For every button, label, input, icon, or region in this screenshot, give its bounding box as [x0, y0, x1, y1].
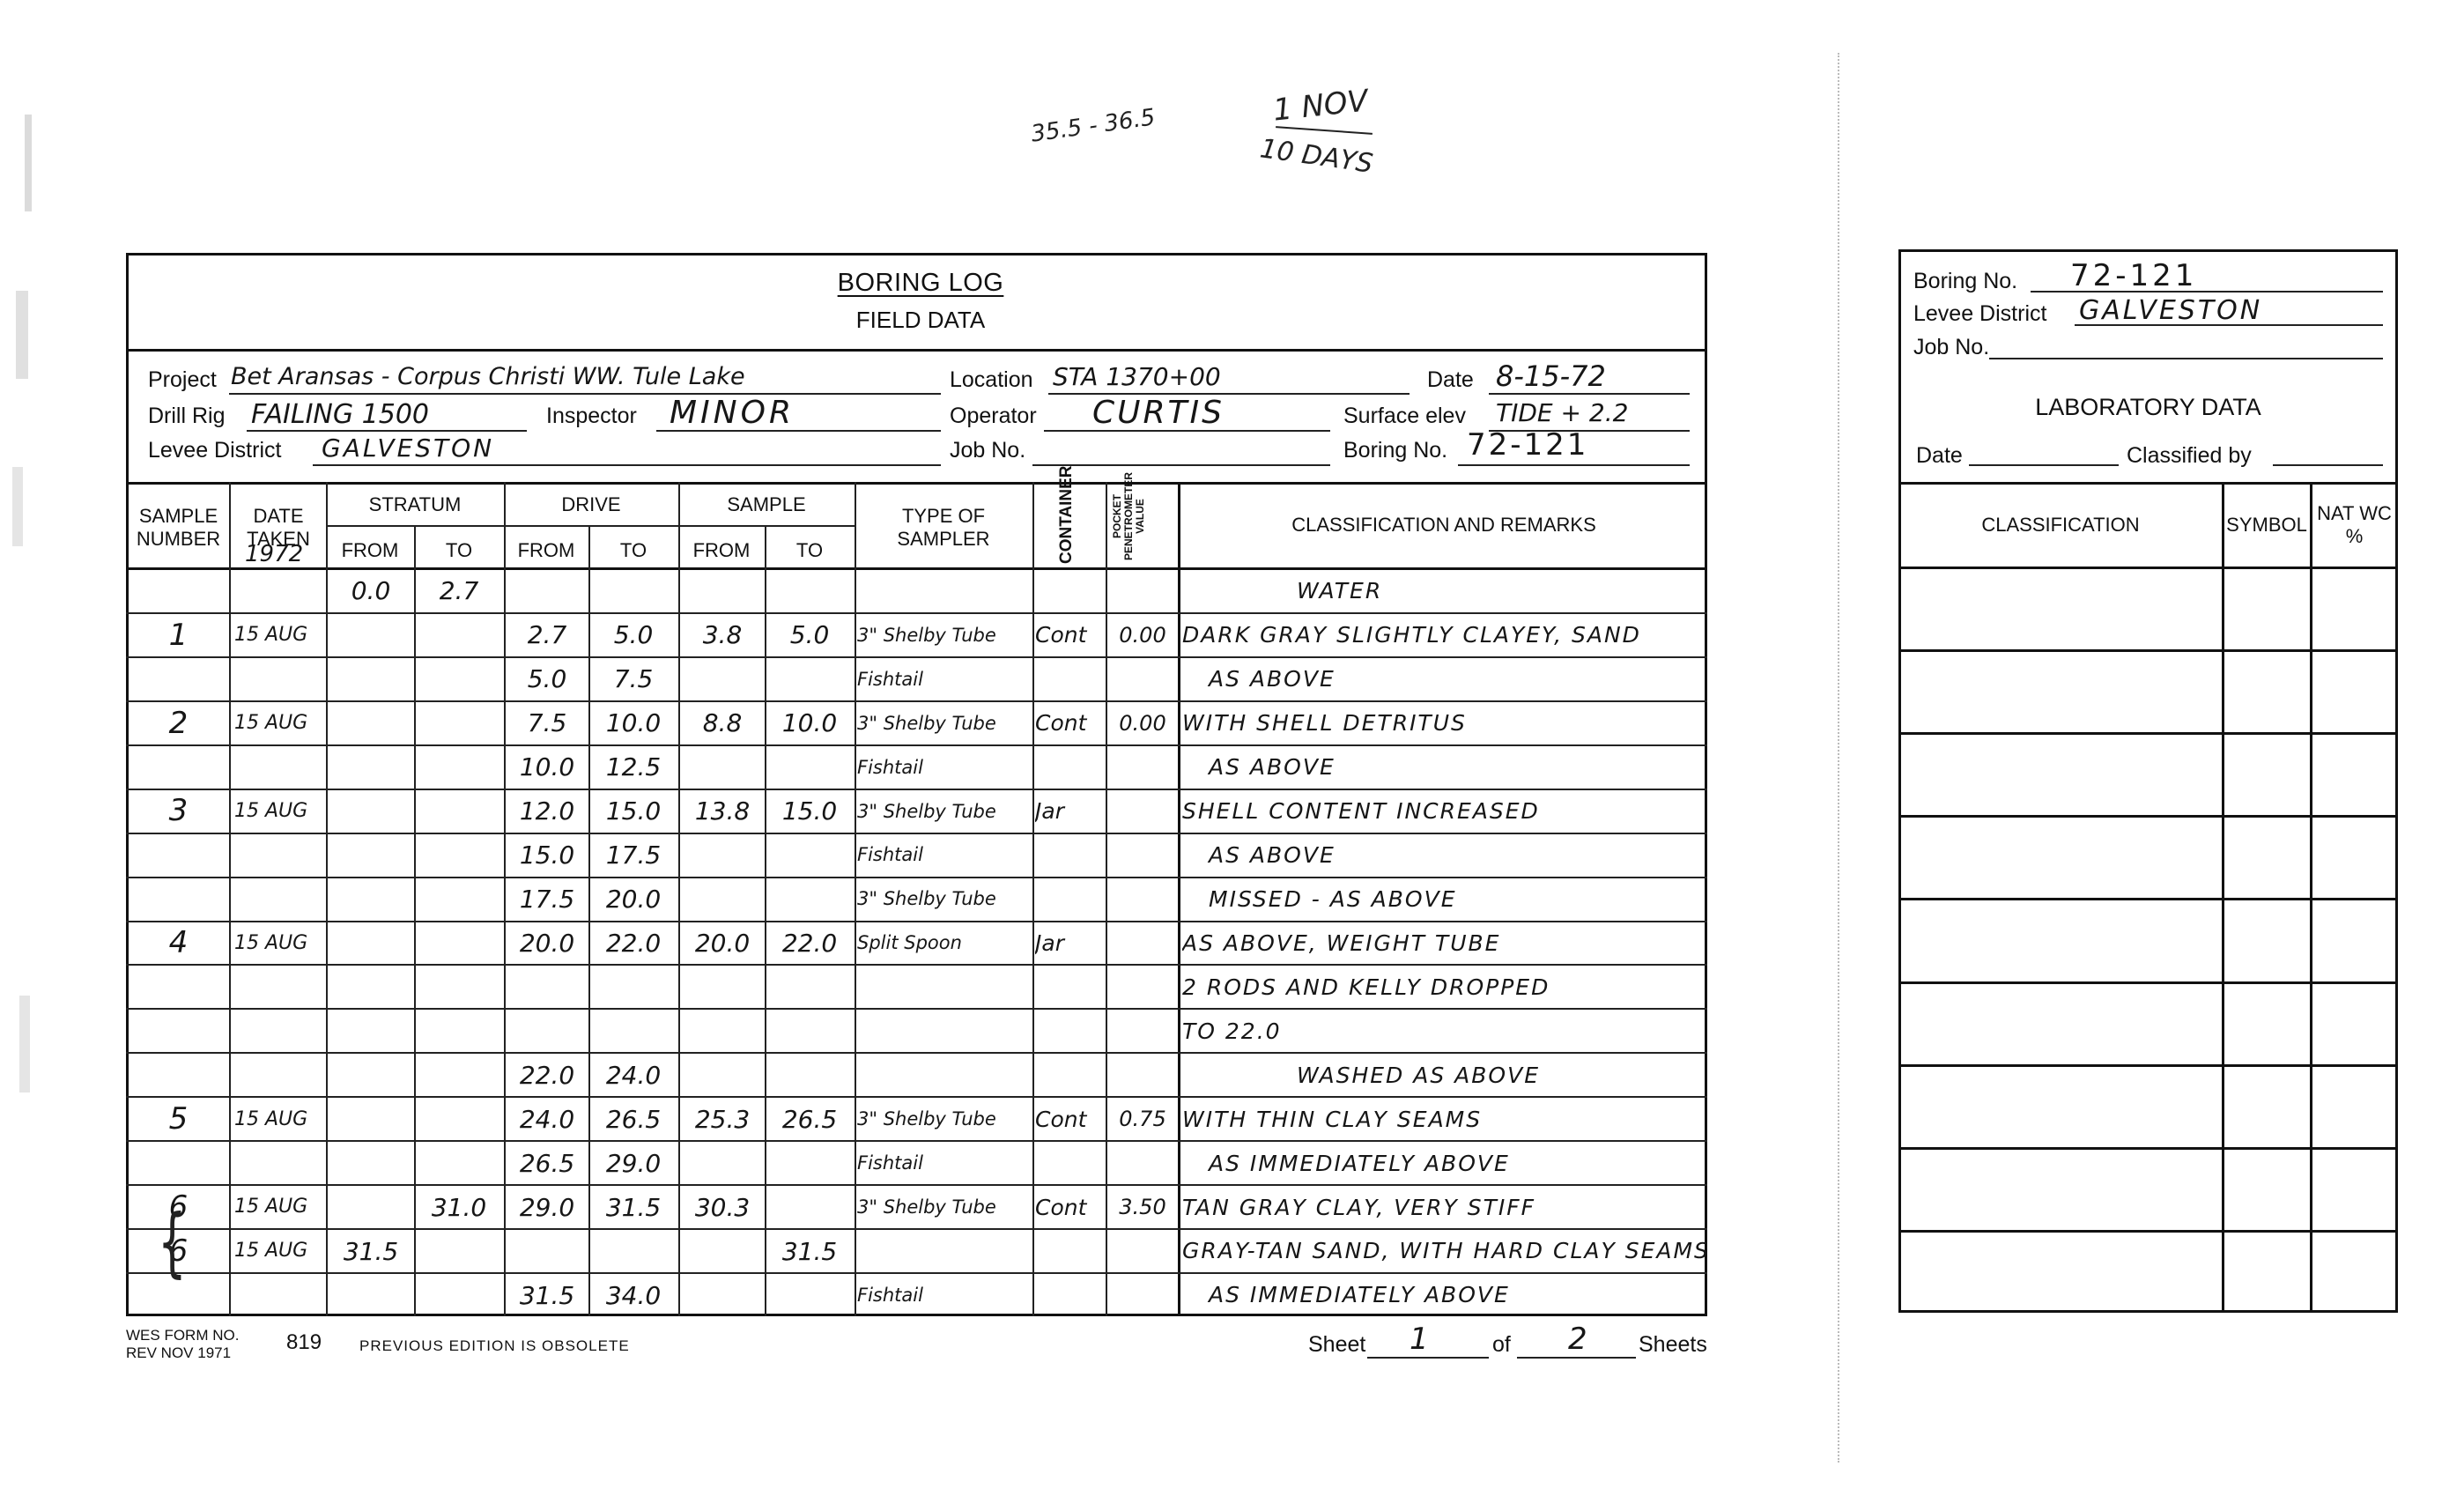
col-line [1032, 482, 1034, 1316]
cell-sample[interactable]: 1 [128, 618, 229, 653]
lab-row-line [1898, 898, 2398, 900]
col-line [229, 482, 231, 1316]
cell-container[interactable]: Cont [1035, 1107, 1106, 1132]
cell-drv-from[interactable]: 24.0 [506, 1105, 588, 1134]
of-value[interactable]: 2 [1568, 1322, 1587, 1357]
cell-sampler[interactable]: Fishtail [857, 1152, 1032, 1174]
lab-date-label: Date [1916, 443, 1963, 469]
scan-artifact [25, 115, 32, 211]
lab-levee-district-value[interactable]: GALVESTON [2079, 295, 2262, 326]
header-sample: SAMPLE [678, 493, 855, 516]
cell-container[interactable]: Cont [1035, 710, 1106, 736]
cell-remarks[interactable]: MISSED - AS ABOVE [1182, 886, 1732, 912]
cell-pocket[interactable]: 0.75 [1107, 1107, 1178, 1131]
cell-date[interactable]: 15 AUG [234, 624, 326, 646]
row-line [126, 1140, 1707, 1142]
form-title: BORING LOG [832, 269, 1009, 298]
lab-header-bottom [1898, 567, 2398, 569]
header-stratum-from: FROM [326, 539, 414, 562]
cell-container[interactable]: Cont [1035, 1195, 1106, 1220]
page-fold-edge [1838, 53, 1839, 1463]
lab-row-line [1898, 815, 2398, 818]
cell-drv-to[interactable]: 17.5 [590, 841, 677, 870]
header-drive: DRIVE [504, 493, 678, 516]
row-line [126, 789, 1707, 790]
cell-sampler[interactable]: Fishtail [857, 844, 1032, 865]
header-bottom-rule [126, 567, 1707, 570]
cell-drv-to[interactable]: 15.0 [590, 796, 677, 826]
row-line [126, 612, 1707, 614]
cell-str-to[interactable]: 31.0 [416, 1193, 502, 1222]
cell-smp-from[interactable]: 13.8 [680, 796, 765, 826]
of-underline [1517, 1357, 1636, 1359]
cell-remarks[interactable]: 2 RODS AND KELLY DROPPED [1182, 974, 1706, 1000]
cell-remarks[interactable]: DARK GRAY SLIGHTLY CLAYEY, SAND [1182, 622, 1706, 648]
boring-no-value[interactable]: 72-121 [1467, 427, 1588, 463]
cell-smp-from[interactable]: 25.3 [680, 1105, 765, 1134]
lab-boring-no-underline [2031, 291, 2383, 293]
operator-underline [1044, 430, 1330, 432]
row-line [126, 744, 1707, 746]
location-value[interactable]: STA 1370+00 [1053, 362, 1221, 391]
cell-drv-to[interactable]: 7.5 [590, 664, 677, 693]
cell-container[interactable]: Cont [1035, 622, 1106, 648]
cell-smp-to[interactable]: 22.0 [766, 929, 853, 958]
lab-levee-district-underline [2075, 324, 2383, 326]
cell-remarks[interactable]: AS ABOVE, WEIGHT TUBE [1182, 930, 1706, 956]
header-pocket-penetrometer: POCKET PENETROMETER VALUE [1112, 472, 1146, 560]
cell-sampler[interactable]: Split Spoon [857, 932, 1032, 953]
cell-date[interactable]: 15 AUG [234, 932, 326, 954]
surface-elev-value[interactable]: TIDE + 2.2 [1496, 398, 1628, 427]
form-number: 819 [286, 1330, 322, 1355]
header-drive-from: FROM [504, 539, 588, 562]
cell-sampler[interactable]: 3" Shelby Tube [857, 1196, 1032, 1218]
cell-drv-to[interactable]: 20.0 [590, 885, 677, 914]
lab-levee-district-label: Levee District [1913, 301, 2046, 327]
col-line [326, 482, 328, 1316]
margin-note-date-top: 1 NOV [1271, 83, 1369, 128]
cell-container[interactable]: Jar [1035, 798, 1106, 824]
sheets-label: Sheets [1639, 1332, 1707, 1358]
cell-remarks[interactable]: WITH THIN CLAY SEAMS [1182, 1107, 1706, 1132]
surface-elev-label: Surface elev [1343, 404, 1466, 429]
cell-remarks[interactable]: AS IMMEDIATELY ABOVE [1182, 1151, 1732, 1176]
cell-drv-to[interactable]: 29.0 [590, 1149, 677, 1178]
row-line [126, 1228, 1707, 1230]
inspector-label: Inspector [546, 404, 637, 429]
cell-smp-to[interactable]: 31.5 [766, 1237, 853, 1266]
row-line [126, 1052, 1707, 1054]
cell-pocket[interactable]: 0.00 [1107, 711, 1178, 736]
lab-row-line [1898, 649, 2398, 652]
lab-header-nat-wc-l2: % [2311, 525, 2398, 548]
cell-remarks[interactable]: WITH SHELL DETRITUS [1182, 710, 1706, 736]
cell-drv-from[interactable]: 20.0 [506, 929, 588, 958]
cell-date[interactable]: 15 AUG [234, 1196, 326, 1218]
cell-remarks[interactable]: SHELL CONTENT INCREASED [1182, 798, 1706, 824]
levee-district-label: Levee District [148, 438, 281, 463]
date-value[interactable]: 8-15-72 [1496, 359, 1606, 393]
cell-smp-from[interactable]: 30.3 [680, 1193, 765, 1222]
location-label: Location [950, 367, 1033, 393]
col-line [678, 482, 680, 1316]
cell-date[interactable]: 15 AUG [234, 1108, 326, 1130]
header-sampler-l1: TYPE OF [855, 505, 1032, 528]
form-no-label: WES FORM NO. [126, 1327, 239, 1344]
lab-date-underline [1969, 464, 2119, 466]
levee-district-underline [313, 464, 941, 466]
header-stratum-to: TO [414, 539, 504, 562]
cell-remarks[interactable]: AS ABOVE [1182, 842, 1732, 868]
cell-drv-from[interactable]: 29.0 [506, 1193, 588, 1222]
date-underline [1489, 393, 1690, 395]
levee-district-value[interactable]: GALVESTON [322, 433, 494, 463]
row-line [126, 1272, 1707, 1274]
header-classification-remarks: CLASSIFICATION AND REMARKS [1180, 514, 1707, 537]
cell-drv-to[interactable]: 5.0 [590, 620, 677, 649]
lab-title: LABORATORY DATA [1898, 394, 2398, 421]
cell-smp-from[interactable]: 20.0 [680, 929, 765, 958]
cell-smp-to[interactable]: 5.0 [766, 620, 853, 649]
margin-note-date-bottom: 10 DAYS [1258, 133, 1374, 180]
cell-drv-to[interactable]: 10.0 [590, 708, 677, 737]
of-label: of [1492, 1332, 1511, 1358]
inspector-underline [656, 430, 941, 432]
scan-artifact [19, 996, 30, 1092]
sheet-label: Sheet [1308, 1332, 1365, 1358]
job-no-underline [1032, 464, 1330, 466]
cell-drv-to[interactable]: 24.0 [590, 1061, 677, 1090]
cell-drv-to[interactable]: 22.0 [590, 929, 677, 958]
cell-remarks[interactable]: GRAY-TAN SAND, WITH HARD CLAY SEAMS [1182, 1238, 1706, 1263]
cell-sampler[interactable]: 3" Shelby Tube [857, 713, 1032, 734]
lab-header-nat-wc-l1: NAT WC [2311, 502, 2398, 525]
header-sample-from: FROM [678, 539, 765, 562]
lab-header-symbol: SYMBOL [2223, 514, 2311, 537]
project-label: Project [148, 367, 217, 393]
cell-drv-from[interactable]: 17.5 [506, 885, 588, 914]
inspector-value[interactable]: MINOR [670, 395, 795, 431]
cell-drv-from[interactable]: 31.5 [506, 1281, 588, 1310]
lab-boring-no-label: Boring No. [1913, 269, 2017, 294]
header-subdivider [326, 525, 855, 527]
margin-note-fraction-bar [1276, 126, 1373, 135]
header-sample-number: SAMPLE NUMBER [128, 505, 229, 551]
cell-sampler[interactable]: 3" Shelby Tube [857, 888, 1032, 909]
cell-sample[interactable]: 4 [128, 925, 229, 960]
date-label: Date [1427, 367, 1474, 393]
cell-pocket[interactable]: 3.50 [1107, 1195, 1178, 1219]
project-value[interactable]: Bet Aransas - Corpus Christi WW. Tule La… [231, 363, 745, 390]
header-sample-l2: NUMBER [128, 528, 229, 551]
job-no-label: Job No. [950, 438, 1025, 463]
cell-str-from[interactable]: 0.0 [328, 576, 414, 605]
row-line [126, 964, 1707, 966]
cell-sample[interactable]: 2 [128, 706, 229, 741]
lab-header-nat-wc: NAT WC % [2311, 502, 2398, 548]
cell-str-to[interactable]: 2.7 [416, 576, 502, 605]
cell-remarks[interactable]: WATER [1182, 578, 1820, 604]
cell-drv-from[interactable]: 10.0 [506, 752, 588, 781]
cell-remarks[interactable]: WASHED AS ABOVE [1182, 1063, 1820, 1088]
cell-remarks[interactable]: TO 22.0 [1182, 1018, 1706, 1044]
lab-job-no-underline [1989, 358, 2383, 359]
row-line [126, 1096, 1707, 1098]
lab-classified-by-label: Classified by [2127, 443, 2252, 469]
drill-rig-label: Drill Rig [148, 404, 226, 429]
scan-artifact [16, 291, 28, 379]
cell-smp-from[interactable]: 3.8 [680, 620, 765, 649]
title-divider [126, 349, 1707, 352]
cell-container[interactable]: Jar [1035, 930, 1106, 956]
header-date-year: 1972 [245, 541, 303, 567]
cell-date[interactable]: 15 AUG [234, 800, 326, 822]
operator-value[interactable]: CURTIS [1092, 395, 1225, 431]
header-sample-l1: SAMPLE [128, 505, 229, 528]
cell-smp-to[interactable]: 26.5 [766, 1105, 853, 1134]
form-number-block: WES FORM NO. REV NOV 1971 [126, 1327, 239, 1362]
cell-smp-to[interactable]: 15.0 [766, 796, 853, 826]
header-pocket-l3: VALUE [1135, 472, 1146, 560]
cell-sampler[interactable]: Fishtail [857, 757, 1032, 778]
row-line [126, 700, 1707, 702]
col-line [855, 482, 856, 1316]
scan-artifact [12, 467, 23, 546]
cell-remarks[interactable]: AS ABOVE [1182, 666, 1732, 692]
cell-drv-to[interactable]: 34.0 [590, 1281, 677, 1310]
header-sampler-l2: SAMPLER [855, 528, 1032, 551]
cell-str-from[interactable]: 31.5 [328, 1237, 414, 1266]
cell-sample[interactable]: 3 [128, 793, 229, 828]
cell-sample[interactable]: 5 [128, 1101, 229, 1137]
cell-date[interactable]: 15 AUG [234, 1240, 326, 1262]
cell-remarks[interactable]: TAN GRAY CLAY, VERY STIFF [1182, 1195, 1706, 1220]
lab-classified-by-underline [2273, 464, 2383, 466]
lab-row-line [1898, 1147, 2398, 1150]
col-line [1178, 482, 1180, 1316]
row-line [126, 921, 1707, 922]
cell-drv-from[interactable]: 5.0 [506, 664, 588, 693]
row-line [126, 877, 1707, 878]
sheet-underline [1367, 1357, 1489, 1359]
lab-job-no-label: Job No. [1913, 335, 1989, 360]
header-type-of-sampler: TYPE OF SAMPLER [855, 505, 1032, 551]
header-drive-to: TO [588, 539, 678, 562]
obsolete-notice: PREVIOUS EDITION IS OBSOLETE [359, 1337, 630, 1355]
lab-row-line [1898, 1064, 2398, 1067]
form-subtitle: FIELD DATA [832, 307, 1009, 334]
cell-drv-from[interactable]: 22.0 [506, 1061, 588, 1090]
drill-rig-underline [247, 430, 527, 432]
lab-header-top [1898, 482, 2398, 485]
row-line [126, 1184, 1707, 1186]
lab-row-line [1898, 1230, 2398, 1233]
cell-remarks[interactable]: AS ABOVE [1182, 754, 1732, 780]
operator-label: Operator [950, 404, 1037, 429]
cell-sampler[interactable]: 3" Shelby Tube [857, 1108, 1032, 1129]
cell-remarks[interactable]: AS IMMEDIATELY ABOVE [1182, 1282, 1732, 1307]
sheet-value[interactable]: 1 [1410, 1322, 1429, 1357]
cell-pocket[interactable]: 0.00 [1107, 623, 1178, 648]
lab-row-line [1898, 732, 2398, 735]
header-date-l1: DATE [231, 505, 326, 528]
header-sample-to: TO [765, 539, 855, 562]
cell-drv-from[interactable]: 15.0 [506, 841, 588, 870]
row-line [126, 1008, 1707, 1010]
cell-drv-from[interactable]: 12.0 [506, 796, 588, 826]
cell-date[interactable]: 15 AUG [234, 712, 326, 734]
info-divider [126, 482, 1707, 485]
cell-drv-from[interactable]: 26.5 [506, 1149, 588, 1178]
project-underline [229, 393, 941, 395]
cell-sampler[interactable]: 3" Shelby Tube [857, 625, 1032, 646]
row-line [126, 833, 1707, 834]
boring-no-underline [1458, 464, 1690, 466]
col-line [1106, 482, 1107, 1316]
row-line [126, 656, 1707, 658]
lab-header-classification: CLASSIFICATION [1898, 514, 2223, 537]
cell-smp-to[interactable]: 10.0 [766, 708, 853, 737]
cell-drv-to[interactable]: 12.5 [590, 752, 677, 781]
cell-sampler[interactable]: Fishtail [857, 1285, 1032, 1306]
cell-sampler[interactable]: Fishtail [857, 669, 1032, 690]
lab-row-line [1898, 981, 2398, 984]
cell-drv-from[interactable]: 7.5 [506, 708, 588, 737]
form-rev-label: REV NOV 1971 [126, 1344, 239, 1362]
lab-boring-no-value[interactable]: 72-121 [2070, 258, 2197, 293]
header-stratum: STRATUM [326, 493, 504, 516]
margin-note-depth: 35.5 - 36.5 [1030, 104, 1157, 147]
cell-drv-to[interactable]: 26.5 [590, 1105, 677, 1134]
cell-smp-from[interactable]: 8.8 [680, 708, 765, 737]
cell-sampler[interactable]: 3" Shelby Tube [857, 801, 1032, 822]
sample-6-bracket: { [158, 1198, 187, 1286]
drill-rig-value[interactable]: FAILING 1500 [251, 399, 429, 430]
cell-drv-to[interactable]: 31.5 [590, 1193, 677, 1222]
cell-drv-from[interactable]: 2.7 [506, 620, 588, 649]
boring-no-label: Boring No. [1343, 438, 1447, 463]
header-container: CONTAINER [1057, 465, 1077, 564]
